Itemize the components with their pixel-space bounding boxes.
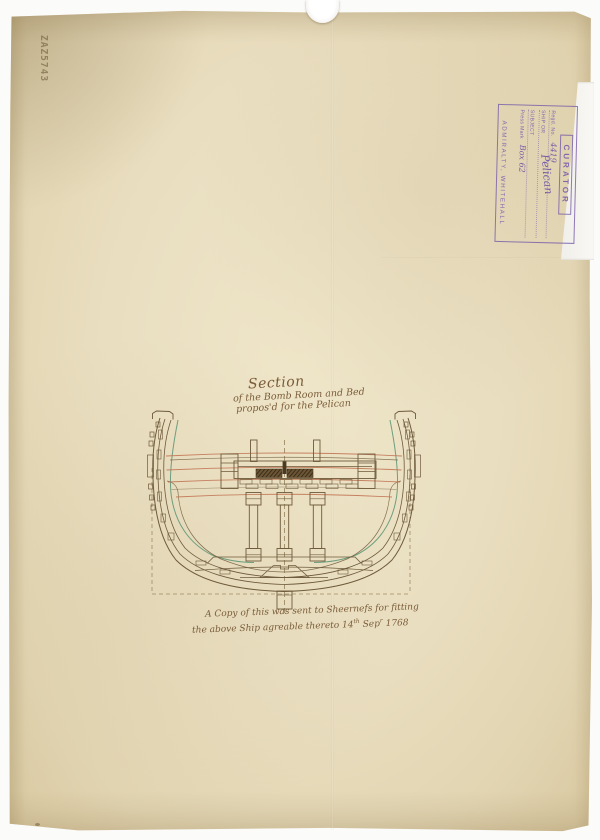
scan-background: { "palette": { "paper": "#e9dec0", "ink_… (0, 0, 600, 840)
archive-number-stamp: ZAZ5743 (30, 35, 50, 93)
archive-number: ZAZ5743 (29, 35, 49, 93)
stamp-value-ship: Pelican (541, 154, 553, 195)
paper-crease-horizontal (382, 257, 590, 259)
stamp-header: CURATOR (558, 134, 573, 215)
curator-stamp: CURATOR Regd. No. 4419 SHIP OR Pelican S… (497, 106, 579, 246)
paper-crease-vertical (331, 12, 334, 830)
paper-speck (35, 823, 40, 826)
stamp-value-press-mark: Box 62 (517, 145, 526, 173)
